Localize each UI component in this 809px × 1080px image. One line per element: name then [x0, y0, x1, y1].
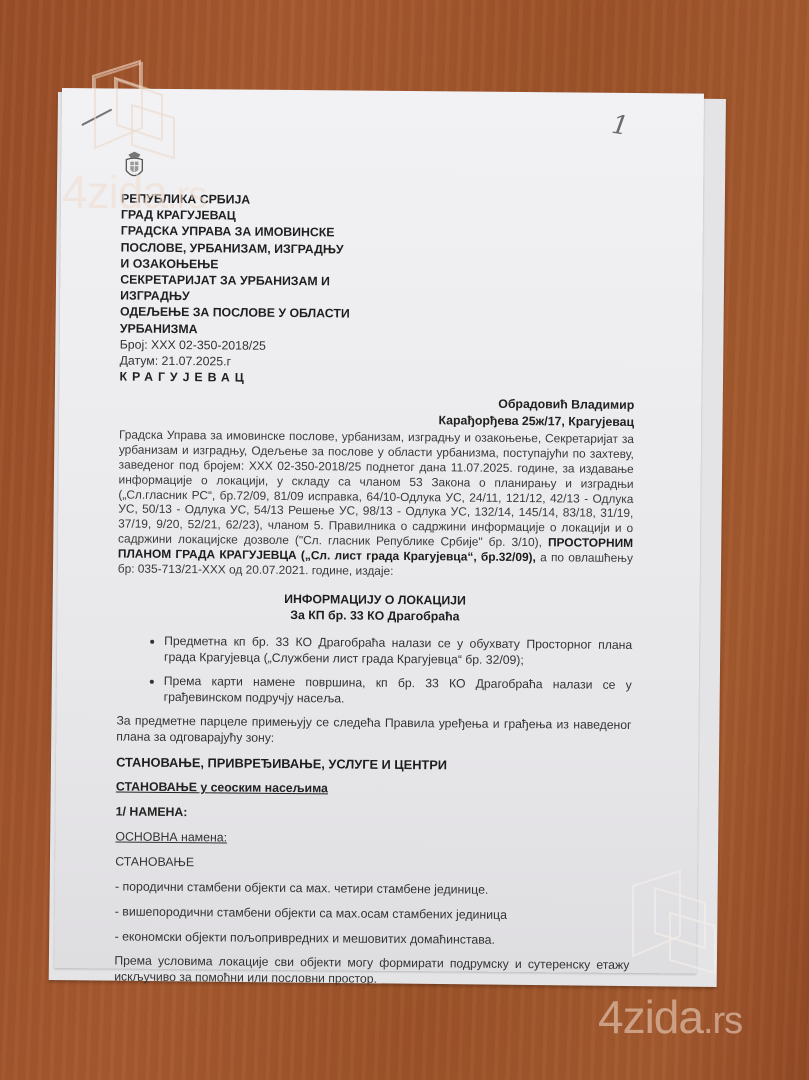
recipient-address: Карађорђева 25ж/17, Крагујевац: [119, 409, 634, 430]
watermark-brand-top: 4zida.rs: [62, 165, 206, 219]
recipient-block: Обрадовић Владимир Карађорђева 25ж/17, К…: [119, 393, 634, 430]
watermark-brand: 4zida: [62, 166, 167, 218]
watermark-suffix: .rs: [167, 175, 206, 217]
bullet-item: Предметна кп бр. 33 КО Драгобраћа налази…: [164, 634, 632, 669]
purpose-value: СТАНОВАЊЕ: [115, 855, 630, 874]
zone-title: СТАНОВАЊЕ, ПРИВРЕЂИВАЊЕ, УСЛУГЕ И ЦЕНТРИ: [116, 755, 631, 774]
bullet-item: Према карти намене површина, кп бр. 33 К…: [164, 674, 632, 709]
title-sub: За КП бр. 33 КО Драгобраћа: [117, 606, 632, 626]
issuer-header: РЕПУБЛИКА СРБИЈА ГРАД КРАГУЈЕВАЦ ГРАДСКА…: [119, 191, 636, 390]
closing-paragraph: Према условима локације сви објекти могу…: [114, 954, 629, 989]
document-page: 1 РЕПУБЛИКА СРБИЈА ГРАД КРАГУЈЕВАЦ ГРАДС…: [54, 88, 704, 974]
purpose-item: - вишепородични стамбени објекти са мах.…: [115, 905, 630, 924]
watermark-brand: 4zida: [598, 991, 703, 1043]
watermark-brand-bottom: 4zida.rs: [598, 990, 742, 1044]
section-heading: 1/ НАМЕНА:: [116, 805, 631, 824]
watermark-suffix: .rs: [703, 1000, 742, 1042]
document-title: ИНФОРМАЦИЈУ О ЛОКАЦИЈИ За КП бр. 33 КО Д…: [117, 590, 632, 626]
intro-paragraph: Градска Управа за имовинске послове, урб…: [118, 428, 634, 580]
purpose-item: - породични стамбени објекти са мах. чет…: [115, 880, 630, 899]
4zida-logo-icon: [630, 868, 730, 978]
rules-intro: За предметне парцеле примењују се следећ…: [116, 714, 631, 749]
handwritten-page-number: 1: [610, 110, 631, 142]
purpose-item: - економски објекти пољопривредних и меш…: [115, 930, 630, 949]
4zida-logo-icon: [92, 60, 182, 160]
location-bullets: Предметна кп бр. 33 КО Драгобраћа налази…: [117, 634, 633, 709]
intro-text: Градска Управа за имовинске послове, урб…: [118, 428, 634, 549]
document-city: КРАГУЈЕВАЦ: [119, 369, 634, 390]
purpose-label: ОСНОВНА намена:: [115, 830, 630, 849]
zone-subtitle: СТАНОВАЊЕ у сеоским насељима: [116, 780, 631, 799]
document-content: РЕПУБЛИКА СРБИЈА ГРАД КРАГУЈЕВАЦ ГРАДСКА…: [114, 151, 636, 990]
